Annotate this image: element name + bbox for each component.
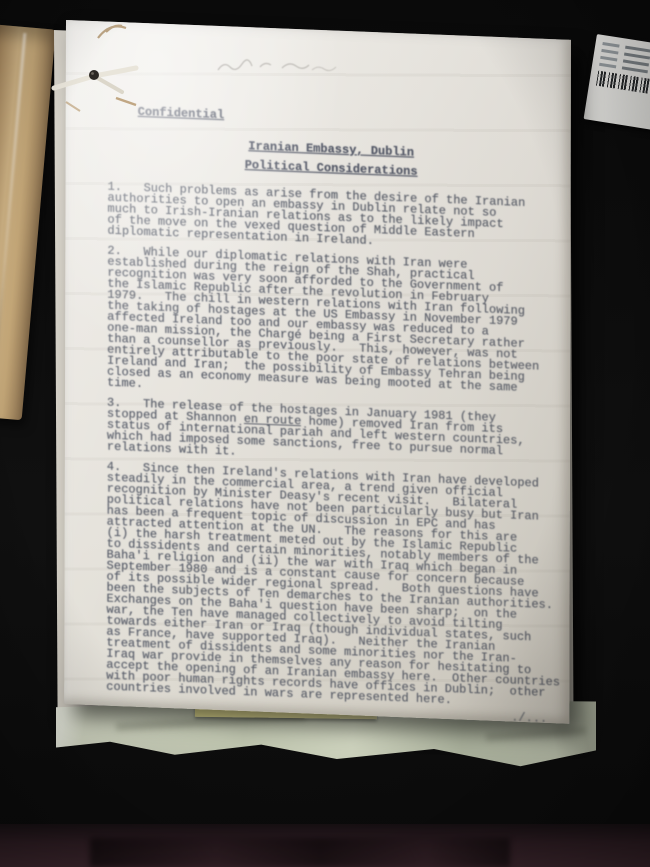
paragraph-2: 2. While our diplomatic relations with I… [107,246,554,407]
paragraph-3: 3. The release of the hostages in Januar… [107,398,554,471]
paragraph-4: 4. Since then Ireland's relations with I… [106,462,554,711]
barcode-icon [596,71,650,95]
typed-content: Confidential Iranian Embassy, Dublin Pol… [64,20,571,726]
paper-crease [486,727,586,742]
document-page: Confidential Iranian Embassy, Dublin Pol… [64,20,571,724]
photo-stage: Confidential Iranian Embassy, Dublin Pol… [0,0,650,867]
folder-spine [0,24,56,420]
floor-shadow [90,838,510,867]
folder-crease [0,33,26,410]
archive-label [584,34,650,131]
paragraph-1: 1. Such problems as arise from the desir… [107,182,554,255]
classification-stamp: Confidential [138,107,555,134]
